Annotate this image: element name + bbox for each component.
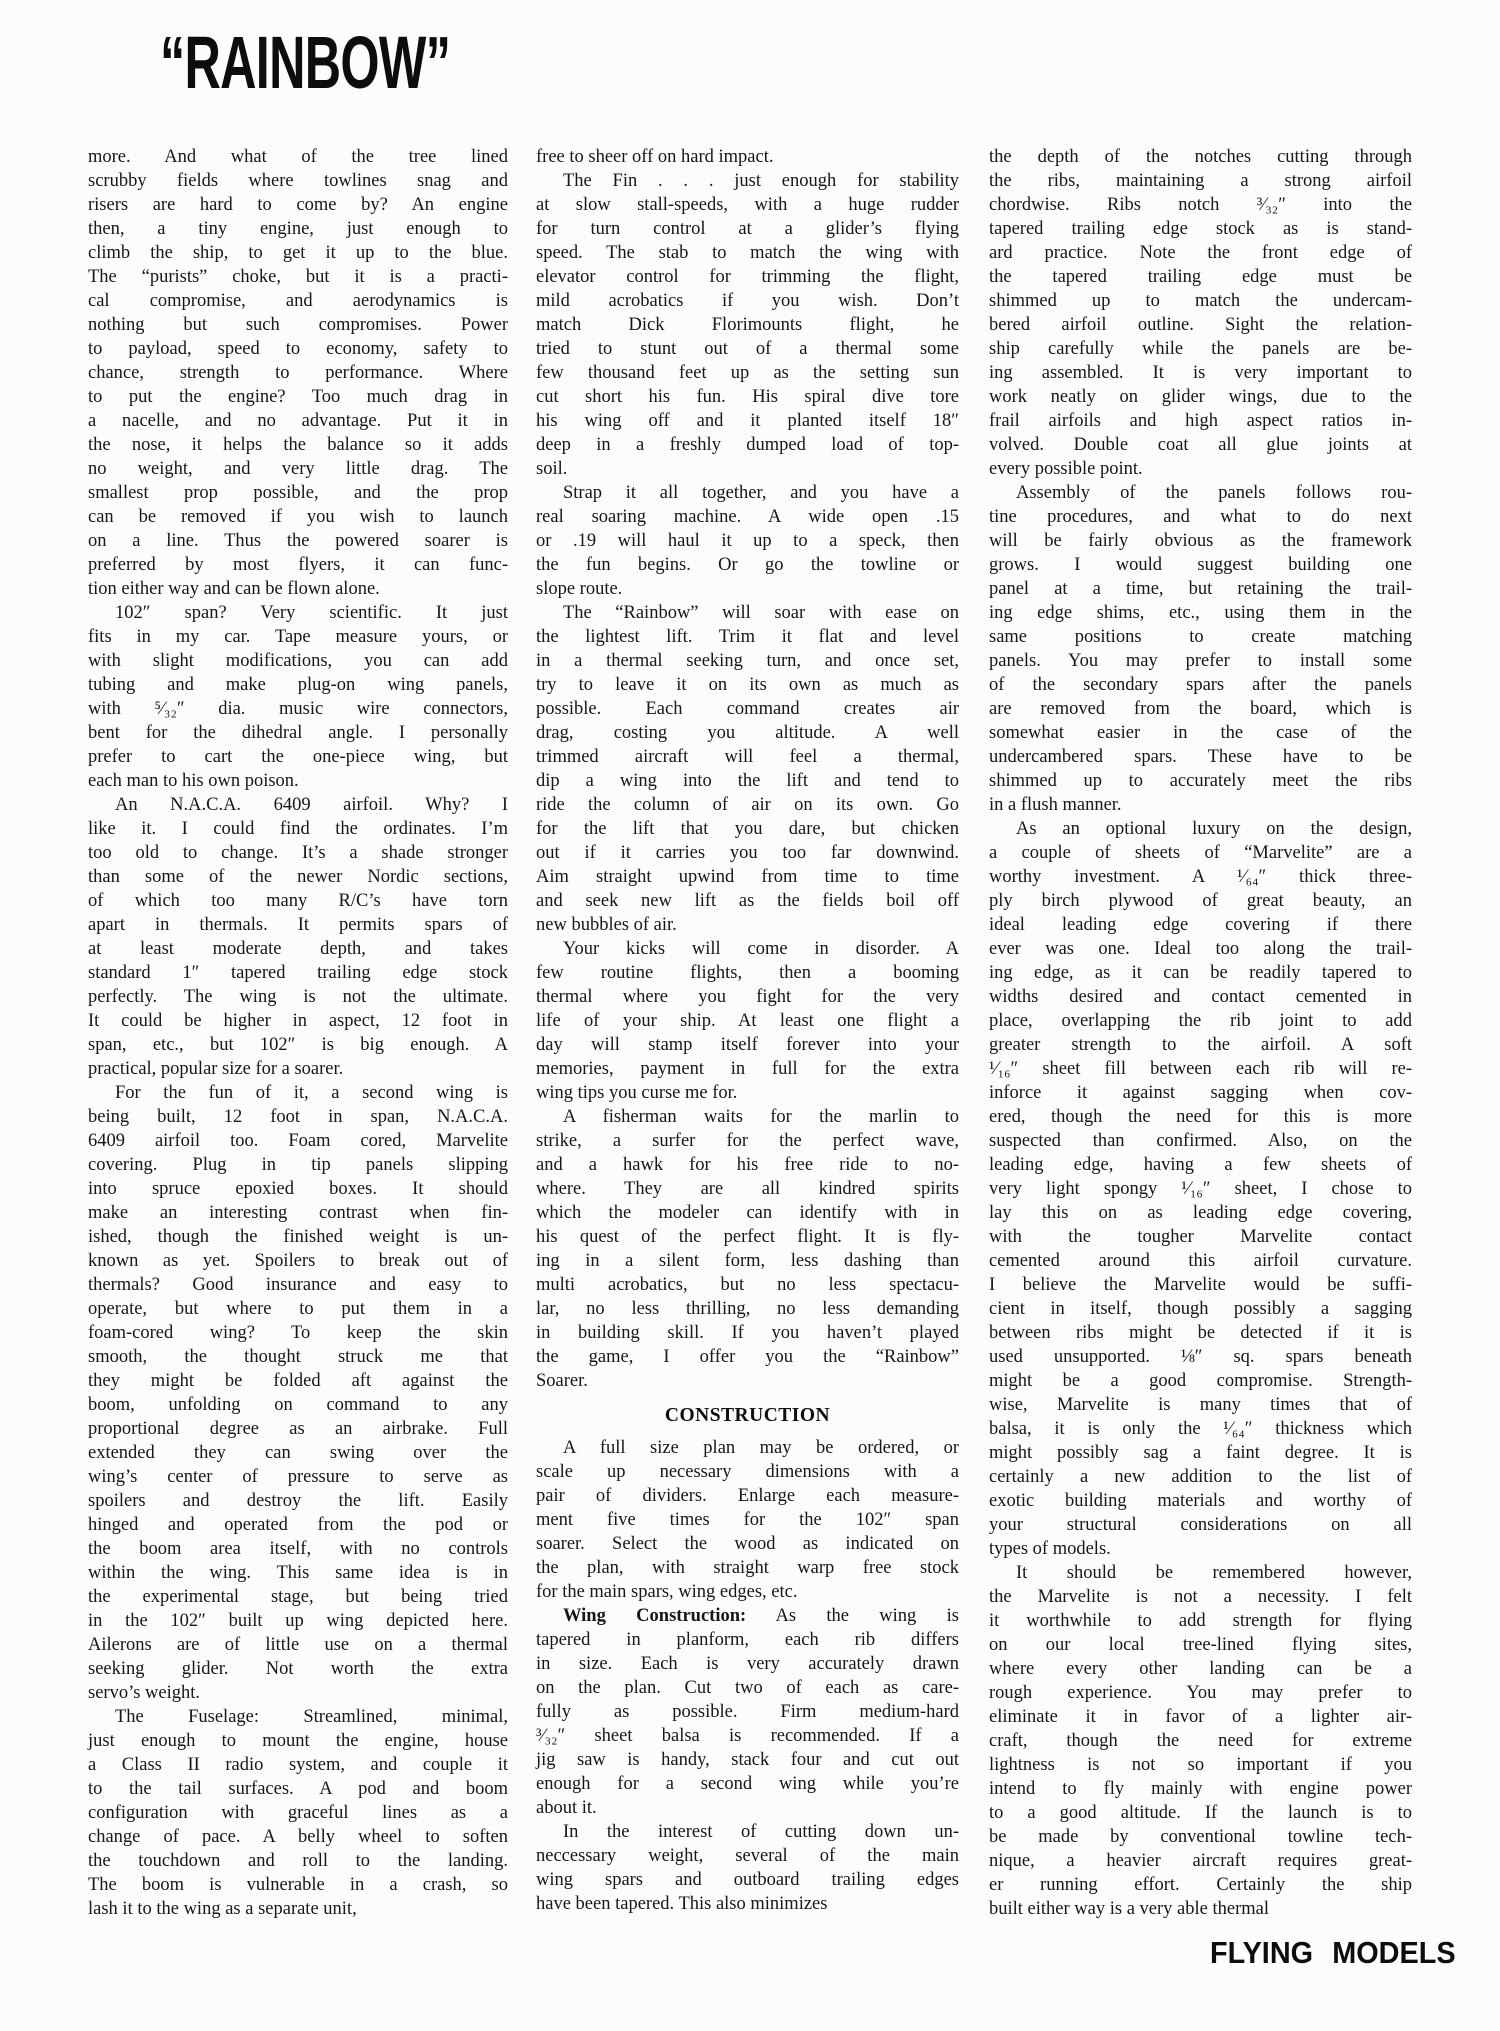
text-line: In the interest of cutting down un- [536,1820,959,1844]
text-line: for turn control at a glider’s flying [536,217,959,241]
text-line: An N.A.C.A. 6409 airfoil. Why? I [88,793,508,817]
text-line: prefer to cart the one-piece wing, but [88,745,508,769]
text-line: the ribs, maintaining a strong airfoil [989,169,1412,193]
text-line: A fisherman waits for the marlin to [536,1105,959,1129]
text-line: boom, unfolding on command to any [88,1393,508,1417]
text-line: neccessary weight, several of the main [536,1844,959,1868]
text-line: cient in itself, though possibly a saggi… [989,1297,1412,1321]
paragraph: Assembly of the panels follows rou-tine … [989,481,1412,817]
text-line: types of models. [989,1537,1412,1561]
text-line: hinged and operated from the pod or [88,1513,508,1537]
text-line: dip a wing into the lift and tend to [536,769,959,793]
text-line: for the main spars, wing edges, etc. [536,1580,959,1604]
text-line: standard 1″ tapered trailing edge stock [88,961,508,985]
text-line: of which too many R/C’s have torn [88,889,508,913]
text-line: smallest prop possible, and the prop [88,481,508,505]
text-line: ing edge shims, etc., using them in the [989,601,1412,625]
text-line: in a flush manner. [989,793,1412,817]
text-line: at slow stall-speeds, with a huge rudder [536,193,959,217]
paragraph: As an optional luxury on the design,a co… [989,817,1412,1561]
text-line: soil. [536,457,959,481]
text-line: very light spongy ¹⁄₁₆″ sheet, I chose t… [989,1177,1412,1201]
text-line: tried to stunt out of a thermal some [536,337,959,361]
paragraph: 102″ span? Very scientific. It justfits … [88,601,508,793]
text-line: life of your ship. At least one flight a [536,1009,959,1033]
text-line: match Dick Florimounts flight, he [536,313,959,337]
text-line: chance, strength to performance. Where [88,361,508,385]
text-line: a Class II radio system, and couple it [88,1753,508,1777]
text-line: with slight modifications, you can add [88,649,508,673]
text-line: new bubbles of air. [536,913,959,937]
text-line: mild acrobatics if you wish. Don’t [536,289,959,313]
text-line: just enough to mount the engine, house [88,1729,508,1753]
text-line: a couple of sheets of “Marvelite” are a [989,841,1412,865]
text-line: the depth of the notches cutting through [989,145,1412,169]
text-line: The “Rainbow” will soar with ease on [536,601,959,625]
text-line: Soarer. [536,1369,959,1393]
text-line: ment five times for the 102″ span [536,1508,959,1532]
text-line: ideal leading edge covering if there [989,913,1412,937]
text-line: extended they can swing over the [88,1441,508,1465]
text-line: rough experience. You may prefer to [989,1681,1412,1705]
text-line: pair of dividers. Enlarge each measure- [536,1484,959,1508]
text-line: foam-cored wing? To keep the skin [88,1321,508,1345]
text-line: ³⁄₃₂″ sheet balsa is recommended. If a [536,1724,959,1748]
text-line: lar, no less thrilling, no less demandin… [536,1297,959,1321]
text-line: worthy investment. A ¹⁄₆₄″ thick three- [989,865,1412,889]
text-line: might possibly sag a faint degree. It is [989,1441,1412,1465]
text-line: wing spars and outboard trailing edges [536,1868,959,1892]
text-line: the Marvelite is not a necessity. I felt [989,1585,1412,1609]
paragraph: A full size plan may be ordered, orscale… [536,1436,959,1604]
text-line: greater strength to the airfoil. A soft [989,1033,1412,1057]
text-line: out if it carries you too far downwind. [536,841,959,865]
text-line: The boom is vulnerable in a crash, so [88,1873,508,1897]
text-line: suspected than confirmed. Also, on the [989,1129,1412,1153]
text-line: strike, a surfer for the perfect wave, [536,1129,959,1153]
text-line: used unsupported. ⅛″ sq. spars beneath [989,1345,1412,1369]
text-line: possible. Each command creates air [536,697,959,721]
text-line: It should be remembered however, [989,1561,1412,1585]
text-line: thermals? Good insurance and easy to [88,1273,508,1297]
text-line: The Fuselage: Streamlined, minimal, [88,1705,508,1729]
text-line: the nose, it helps the balance so it add… [88,433,508,457]
text-line: real soaring machine. A wide open .15 [536,505,959,529]
text-line: same positions to create matching [989,625,1412,649]
text-line: Strap it all together, and you have a [536,481,959,505]
text-line: nothing but such compromises. Power [88,313,508,337]
text-line: Aim straight upwind from time to time [536,865,959,889]
text-line: within the wing. This same idea is in [88,1561,508,1585]
text-line: to payload, speed to economy, safety to [88,337,508,361]
text-line: place, overlapping the rib joint to add [989,1009,1412,1033]
text-line: lash it to the wing as a separate unit, [88,1897,508,1921]
text-line: ride the column of air on its own. Go [536,793,959,817]
text-line: enough for a second wing while you’re [536,1772,959,1796]
text-line: frail airfoils and high aspect ratios in… [989,409,1412,433]
text-line: than some of the newer Nordic sections, [88,865,508,889]
text-line: at least moderate depth, and takes [88,937,508,961]
paragraph: The Fuselage: Streamlined, minimal,just … [88,1705,508,1921]
magazine-page: “RAINBOW” more. And what of the tree lin… [0,0,1500,2031]
text-line: ship carefully while the panels are be- [989,337,1412,361]
text-line: cemented around this airfoil curvature. [989,1249,1412,1273]
text-line: ing assembled. It is very important to [989,361,1412,385]
text-line: covering. Plug in tip panels slipping [88,1153,508,1177]
text-line: proportional degree as an airbrake. Full [88,1417,508,1441]
text-line: tubing and make plug-on wing panels, [88,673,508,697]
text-line: multi acrobatics, but no less spectacu- [536,1273,959,1297]
text-line: 102″ span? Very scientific. It just [88,601,508,625]
text-line: they might be folded aft against the [88,1369,508,1393]
text-column-1: more. And what of the tree linedscrubby … [88,145,508,1921]
text-line: the tapered trailing edge must be [989,265,1412,289]
text-line: scale up necessary dimensions with a [536,1460,959,1484]
text-line: to a good altitude. If the launch is to [989,1801,1412,1825]
text-line: cal compromise, and aerodynamics is [88,289,508,313]
text-column-3: the depth of the notches cutting through… [989,145,1412,1921]
text-line: work neatly on glider wings, due to the [989,385,1412,409]
text-line: 6409 airfoil too. Foam cored, Marvelite [88,1129,508,1153]
text-line: can be removed if you wish to launch [88,505,508,529]
text-line: the plan, with straight warp free stock [536,1556,959,1580]
text-line: for the lift that you dare, but chicken [536,817,959,841]
text-line: panel at a time, but retaining the trail… [989,577,1412,601]
text-line: which the modeler can identify with in [536,1201,959,1225]
text-line: then, a tiny engine, just enough to [88,217,508,241]
text-line: bered airfoil outline. Sight the relatio… [989,313,1412,337]
text-line: ing in a silent form, less dashing than [536,1249,959,1273]
text-line: The “purists” choke, but it is a practi- [88,265,508,289]
text-line: configuration with graceful lines as a [88,1801,508,1825]
text-line: Assembly of the panels follows rou- [989,481,1412,505]
text-line: nique, a heavier aircraft requires great… [989,1849,1412,1873]
text-line: few thousand feet up as the setting sun [536,361,959,385]
text-line: in building skill. If you haven’t played [536,1321,959,1345]
text-line: ¹⁄₁₆″ sheet fill between each rib will r… [989,1057,1412,1081]
text-line: craft, though the need for extreme [989,1729,1412,1753]
paragraph: more. And what of the tree linedscrubby … [88,145,508,601]
text-line: have been tapered. This also minimizes [536,1892,959,1916]
text-line: ered, though the need for this is more [989,1105,1412,1129]
text-line: shimmed up to accurately meet the ribs [989,769,1412,793]
paragraph: An N.A.C.A. 6409 airfoil. Why? Ilike it.… [88,793,508,1081]
text-line: panels. You may prefer to install some [989,649,1412,673]
text-line: apart in thermals. It permits spars of [88,913,508,937]
text-line: ply birch plywood of great beauty, an [989,889,1412,913]
text-line: on a line. Thus the powered soarer is [88,529,508,553]
text-line: be made by conventional towline tech- [989,1825,1412,1849]
text-line: built either way is a very able thermal [989,1897,1412,1921]
text-line: ard practice. Note the front edge of [989,241,1412,265]
paragraph: For the fun of it, a second wing isbeing… [88,1081,508,1705]
text-line: to put the engine? Too much drag in [88,385,508,409]
text-line: tapered in planform, each rib differs [536,1628,959,1652]
text-line: practical, popular size for a soarer. [88,1057,508,1081]
text-line: lay this on as leading edge covering, [989,1201,1412,1225]
text-line: speed. The stab to match the wing with [536,241,959,265]
text-line: free to sheer off on hard impact. [536,145,959,169]
text-line: leading edge, having a few sheets of [989,1153,1412,1177]
text-line: balsa, it is only the ¹⁄₆₄″ thickness wh… [989,1417,1412,1441]
text-line: like it. I could find the ordinates. I’m [88,817,508,841]
text-line: servo’s weight. [88,1681,508,1705]
text-line: undercambered spars. These have to be [989,745,1412,769]
text-line: drag, costing you altitude. A well [536,721,959,745]
text-line: in a thermal seeking turn, and once set, [536,649,959,673]
text-line: The Fin . . . just enough for stability [536,169,959,193]
text-line: operate, but where to put them in a [88,1297,508,1321]
text-line: more. And what of the tree lined [88,145,508,169]
paragraph: It should be remembered however,the Marv… [989,1561,1412,1921]
text-line: intend to fly mainly with engine power [989,1777,1412,1801]
text-line: will be fairly obvious as the framework [989,529,1412,553]
text-line: on the plan. Cut two of each as care- [536,1676,959,1700]
paragraph: free to sheer off on hard impact. [536,145,959,169]
text-line: Wing Construction: As the wing is [536,1604,959,1628]
text-line: fits in my car. Tape measure yours, or [88,625,508,649]
text-line: between ribs might be detected if it is [989,1321,1412,1345]
text-line: spoilers and destroy the lift. Easily [88,1489,508,1513]
article-title: “RAINBOW” [160,26,450,100]
text-line: with ⁵⁄₃₂″ dia. music wire connectors, [88,697,508,721]
text-line: the experimental stage, but being tried [88,1585,508,1609]
text-line: tapered trailing edge stock as is stand- [989,217,1412,241]
text-line: volved. Double coat all glue joints at [989,433,1412,457]
text-line: ing edge, as it can be readily tapered t… [989,961,1412,985]
text-line: few routine flights, then a booming [536,961,959,985]
text-line: thermal where you fight for the very [536,985,959,1009]
text-line: risers are hard to come by? An engine [88,193,508,217]
text-line: known as yet. Spoilers to break out of [88,1249,508,1273]
text-line: being built, 12 foot in span, N.A.C.A. [88,1105,508,1129]
text-line: ished, though the finished weight is un- [88,1225,508,1249]
text-line: Your kicks will come in disorder. A [536,937,959,961]
text-line: each man to his own poison. [88,769,508,793]
text-line: are removed from the board, which is [989,697,1412,721]
paragraph: A fisherman waits for the marlin tostrik… [536,1105,959,1393]
text-line: his quest of the perfect flight. It is f… [536,1225,959,1249]
text-line: seeking glider. Not worth the extra [88,1657,508,1681]
paragraph: The Fin . . . just enough for stabilitya… [536,169,959,481]
text-line: and seek new lift as the fields boil off [536,889,959,913]
text-line: wing tips you curse me for. [536,1081,959,1105]
paragraph: In the interest of cutting down un-necce… [536,1820,959,1916]
text-line: It could be higher in aspect, 12 foot in [88,1009,508,1033]
text-line: too old to change. It’s a shade stronger [88,841,508,865]
text-line: the fun begins. Or go the towline or [536,553,959,577]
text-line: of the secondary spars after the panels [989,673,1412,697]
text-line: the game, I offer you the “Rainbow” [536,1345,959,1369]
text-line: your structural considerations on all [989,1513,1412,1537]
text-line: the touchdown and roll to the landing. [88,1849,508,1873]
paragraph: Strap it all together, and you have area… [536,481,959,601]
text-line: widths desired and contact cemented in [989,985,1412,1009]
text-line: and a hawk for his free ride to no- [536,1153,959,1177]
text-line: tion either way and can be flown alone. [88,577,508,601]
text-line: chordwise. Ribs notch ³⁄₃₂″ into the [989,193,1412,217]
text-line: change of pace. A belly wheel to soften [88,1825,508,1849]
text-line: span, etc., but 102″ is big enough. A [88,1033,508,1057]
text-line: fully as possible. Firm medium-hard [536,1700,959,1724]
text-line: the lightest lift. Trim it flat and leve… [536,625,959,649]
text-line: every possible point. [989,457,1412,481]
text-line: day will stamp itself forever into your [536,1033,959,1057]
text-line: Ailerons are of little use on a thermal [88,1633,508,1657]
paragraph: Wing Construction: As the wing istapered… [536,1604,959,1820]
magazine-footer: FLYING MODELS [1210,1937,1456,1968]
text-line: in size. Each is very accurately drawn [536,1652,959,1676]
text-line: or .19 will haul it up to a speck, then [536,529,959,553]
text-line: memories, payment in full for the extra [536,1057,959,1081]
text-line: in the 102″ built up wing depicted here. [88,1609,508,1633]
paragraph: the depth of the notches cutting through… [989,145,1412,481]
text-line: scrubby fields where towlines snag and [88,169,508,193]
text-line: eliminate it in favor of a lighter air- [989,1705,1412,1729]
text-line: bent for the dihedral angle. I personall… [88,721,508,745]
text-line: grows. I would suggest building one [989,553,1412,577]
text-line: into spruce epoxied boxes. It should [88,1177,508,1201]
text-line: soarer. Select the wood as indicated on [536,1532,959,1556]
bold-lead: Wing Construction: [563,1606,746,1626]
text-line: elevator control for trimming the flight… [536,265,959,289]
text-line: where every other landing can be a [989,1657,1412,1681]
text-line: where. They are all kindred spirits [536,1177,959,1201]
text-line: jig saw is handy, stack four and cut out [536,1748,959,1772]
text-line: A full size plan may be ordered, or [536,1436,959,1460]
text-line: tine procedures, and what to do next [989,505,1412,529]
text-line: shimmed up to match the undercam- [989,289,1412,313]
text-line: to the tail surfaces. A pod and boom [88,1777,508,1801]
text-line: on our local tree-lined flying sites, [989,1633,1412,1657]
text-line: might be a good compromise. Strength- [989,1369,1412,1393]
text-line: try to leave it on its own as much as [536,673,959,697]
text-line: climb the ship, to get it up to the blue… [88,241,508,265]
text-line: I believe the Marvelite would be suffi- [989,1273,1412,1297]
paragraph: Your kicks will come in disorder. Afew r… [536,937,959,1105]
text-line: perfectly. The wing is not the ultimate. [88,985,508,1009]
text-line: wise, Marvelite is many times that of [989,1393,1412,1417]
text-line: somewhat easier in the case of the [989,721,1412,745]
paragraph: The “Rainbow” will soar with ease onthe … [536,601,959,937]
construction-heading: CONSTRUCTION [536,1404,959,1428]
text-line: exotic building materials and worthy of [989,1489,1412,1513]
text-line: ever was one. Ideal too along the trail- [989,937,1412,961]
text-line: with the tougher Marvelite contact [989,1225,1412,1249]
text-line: it worthwhile to add strength for flying [989,1609,1412,1633]
text-line: preferred by most flyers, it can func- [88,553,508,577]
text-line: the boom area itself, with no controls [88,1537,508,1561]
text-line: no weight, and very little drag. The [88,457,508,481]
text-line: certainly a new addition to the list of [989,1465,1412,1489]
text-line: trimmed aircraft will feel a thermal, [536,745,959,769]
text-line: deep in a freshly dumped load of top- [536,433,959,457]
text-line: lightness is not so important if you [989,1753,1412,1777]
text-line: cut short his fun. His spiral dive tore [536,385,959,409]
text-column-2: free to sheer off on hard impact.The Fin… [536,145,959,1916]
text-line: make an interesting contrast when fin- [88,1201,508,1225]
text-line: er running effort. Certainly the ship [989,1873,1412,1897]
text-line: his wing off and it planted itself 18″ [536,409,959,433]
text-line: a nacelle, and no advantage. Put it in [88,409,508,433]
text-line: smooth, the thought struck me that [88,1345,508,1369]
text-line: wing’s center of pressure to serve as [88,1465,508,1489]
text-line: As an optional luxury on the design, [989,817,1412,841]
text-line: slope route. [536,577,959,601]
text-line: about it. [536,1796,959,1820]
text-line: For the fun of it, a second wing is [88,1081,508,1105]
text-line: inforce it against sagging when cov- [989,1081,1412,1105]
